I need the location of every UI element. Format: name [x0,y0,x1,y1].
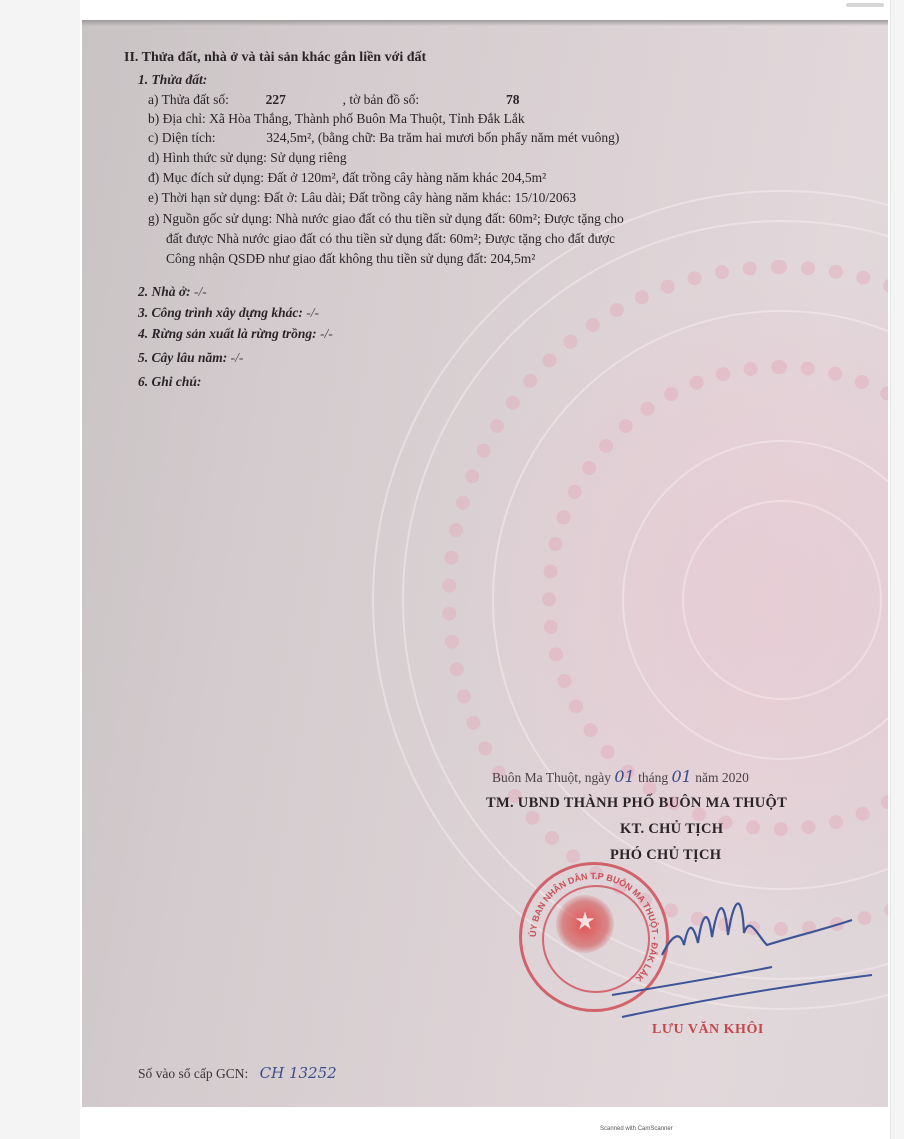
scanned-certificate-page: II. Thửa đất, nhà ở và tài sản khác gắn … [82,20,888,1107]
origin-label: g) Nguồn gốc sử dụng: [148,211,272,226]
address-value: Xã Hòa Thắng, Thành phố Buôn Ma Thuột, T… [209,111,524,126]
map-sheet-number: 78 [506,92,520,107]
forest-value: -/- [320,326,333,341]
scroll-indicator[interactable] [846,3,884,7]
origin-line-1: Nhà nước giao đất có thu tiền sử dụng đấ… [276,211,624,226]
handwritten-signature [552,875,882,1025]
certificate-content: II. Thửa đất, nhà ở và tài sản khác gắn … [82,20,888,1107]
map-sheet-label: , tờ bản đồ số: [343,92,420,107]
house-heading: 2. Nhà ở: [138,284,191,299]
authority-name: TM. UBND THÀNH PHỐ BUÔN MA THUỘT [486,794,787,813]
origin-line-3: Công nhận QSDĐ như giao đất không thu ti… [166,249,535,268]
perennial-row: 5. Cây lâu năm: -/- [138,348,243,367]
section-title: II. Thửa đất, nhà ở và tài sản khác gắn … [124,48,426,67]
term-value: Đất ở: Lâu dài; Đất trồng cây hàng năm k… [264,190,576,205]
date-day: 01 [614,767,634,786]
forest-heading: 4. Rừng sản xuất là rừng trồng: [138,326,317,341]
origin-line-2: đất được Nhà nước giao đất có thu tiền s… [166,229,615,248]
address-label: b) Địa chỉ: [148,111,206,126]
place-date-prefix: Buôn Ma Thuột, ngày [492,770,611,785]
registry-label: Số vào sổ cấp GCN: [138,1066,248,1081]
area-value: 324,5m², (bằng chữ: Ba trăm hai mươi bốn… [266,130,619,145]
other-construction-value: -/- [306,305,319,320]
purpose-row: đ) Mục đích sử dụng: Đất ở 120m², đất tr… [148,168,546,187]
forest-row: 4. Rừng sản xuất là rừng trồng: -/- [138,324,333,343]
registry-row: Số vào sổ cấp GCN: CH 13252 [138,1064,337,1083]
parcel-number: 227 [266,92,286,107]
purpose-value: Đất ở 120m², đất trồng cây hàng năm khác… [267,170,546,185]
other-construction-row: 3. Công trình xây dựng khác: -/- [138,303,319,322]
viewer-left-margin [0,0,80,1139]
parcel-row: a) Thửa đất số: 227 , tờ bản đồ số: 78 [148,90,519,109]
term-row: e) Thời hạn sử dụng: Đất ở: Lâu dài; Đất… [148,188,576,207]
place-date-line: Buôn Ma Thuột, ngày 01 tháng 01 năm 2020 [492,767,749,787]
land-heading: 1. Thửa đất: [138,70,207,89]
month-label: tháng [638,770,668,785]
house-row: 2. Nhà ở: -/- [138,282,207,301]
address-row: b) Địa chỉ: Xã Hòa Thắng, Thành phố Buôn… [148,109,525,128]
house-value: -/- [194,284,207,299]
scrollbar-track[interactable] [890,0,904,1139]
perennial-heading: 5. Cây lâu năm: [138,350,227,365]
area-label: c) Diện tích: [148,130,215,145]
scanner-watermark: Scanned with CamScanner [600,1126,673,1132]
other-construction-heading: 3. Công trình xây dựng khác: [138,305,303,320]
notes-row: 6. Ghi chú: [138,372,201,391]
perennial-value: -/- [231,350,244,365]
year-label: năm 2020 [695,770,749,785]
usage-form-row: d) Hình thức sử dụng: Sử dụng riêng [148,148,347,167]
signer-name: LƯU VĂN KHÔI [652,1020,764,1039]
usage-form-label: d) Hình thức sử dụng: [148,150,267,165]
area-row: c) Diện tích: 324,5m², (bằng chữ: Ba tră… [148,128,619,147]
on-behalf-title: KT. CHỦ TỊCH [620,820,723,839]
parcel-label: a) Thửa đất số: [148,92,229,107]
notes-heading: 6. Ghi chú: [138,374,201,389]
origin-row: g) Nguồn gốc sử dụng: Nhà nước giao đất … [148,209,624,228]
usage-form-value: Sử dụng riêng [270,150,346,165]
signer-title: PHÓ CHỦ TỊCH [610,846,721,865]
date-month: 01 [671,767,691,786]
purpose-label: đ) Mục đích sử dụng: [148,170,264,185]
registry-number: CH 13252 [260,1064,337,1082]
term-label: e) Thời hạn sử dụng: [148,190,260,205]
